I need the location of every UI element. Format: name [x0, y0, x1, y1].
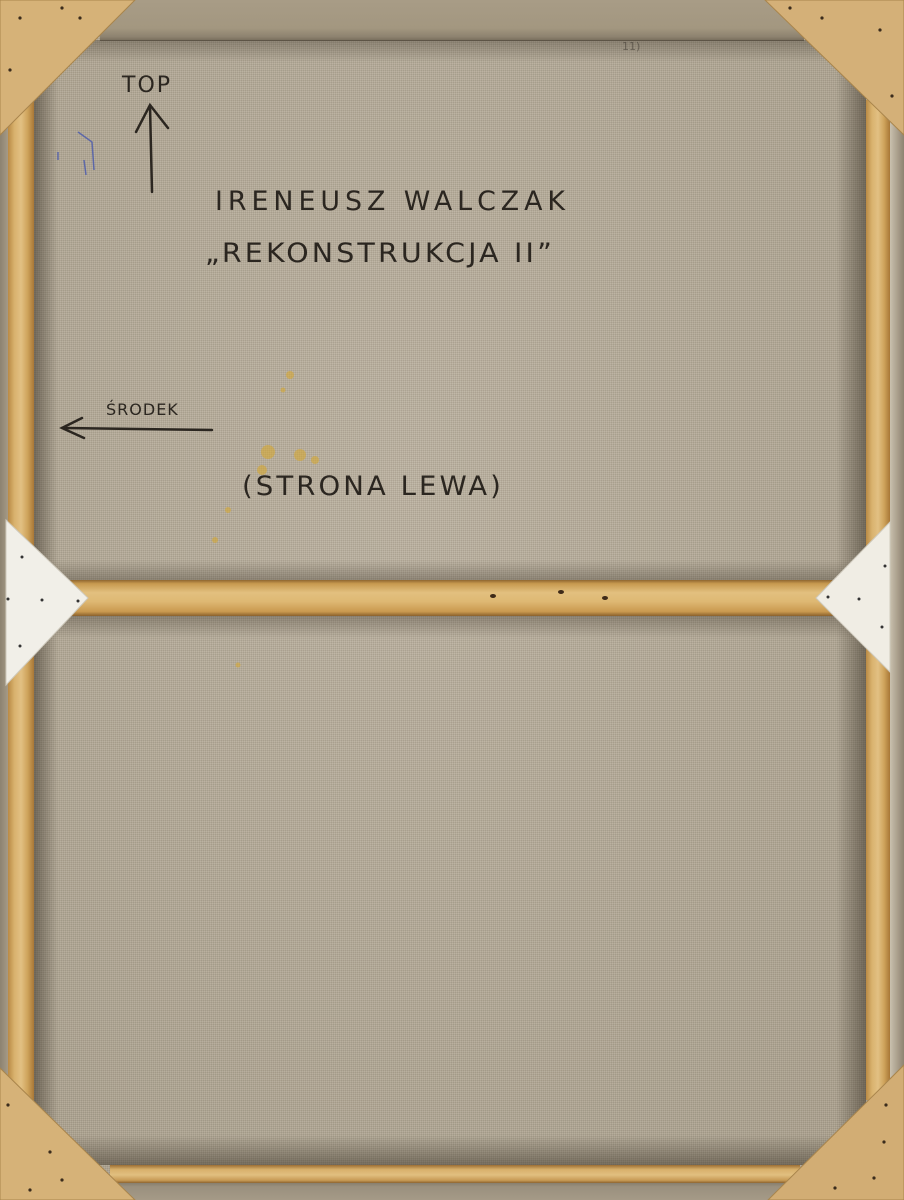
top-label: TOP	[121, 73, 172, 98]
corner-brace-bottom-left	[0, 1068, 135, 1200]
center-label: ŚRODEK	[106, 400, 179, 419]
artist-name: IRENEUSZ WALCZAK	[215, 186, 570, 217]
corner-brace-bottom-right	[768, 1065, 904, 1200]
blue-pencil-mark	[58, 132, 94, 175]
top-number-mark: 11)	[622, 40, 640, 53]
arrow-up-icon	[136, 105, 168, 192]
white-key-right	[816, 522, 890, 672]
yellow-paint-stain	[212, 371, 319, 668]
side-label: (STRONA LEWA)	[242, 471, 504, 502]
white-key-left	[6, 520, 88, 685]
corner-brace-top-left	[0, 0, 135, 135]
arrow-left-icon	[62, 418, 212, 438]
artwork-title: „REKONSTRUKCJA II”	[205, 238, 555, 269]
corner-brace-top-right	[765, 0, 904, 135]
details-overlay: 11) TOP IRENEUSZ WALCZAK „REKONSTRUKCJA …	[0, 0, 904, 1200]
canvas-back-photo: 11) TOP IRENEUSZ WALCZAK „REKONSTRUKCJA …	[0, 0, 904, 1200]
